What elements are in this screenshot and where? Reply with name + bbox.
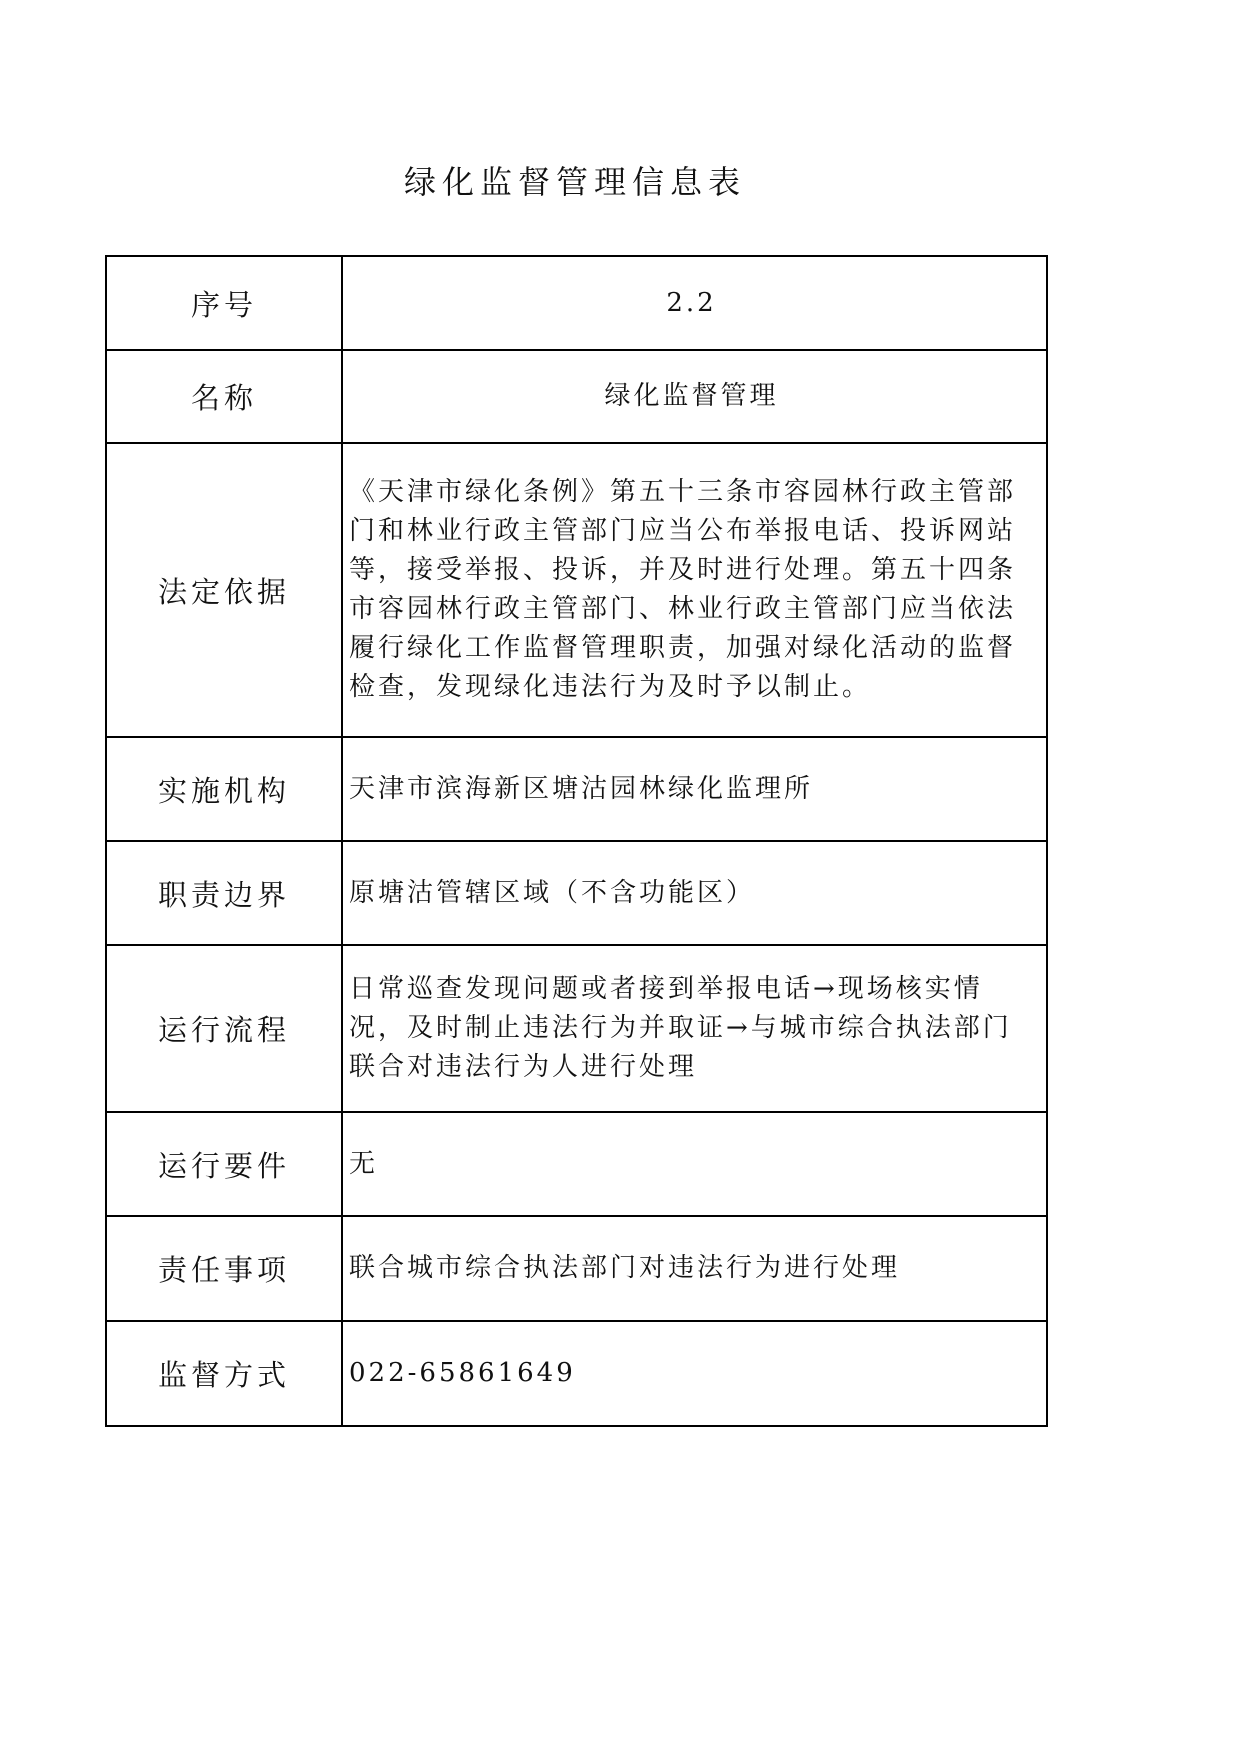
label-name: 名称: [106, 350, 342, 443]
value-supervision-method: 022-65861649: [342, 1321, 1047, 1426]
label-operation-requirements: 运行要件: [106, 1112, 342, 1216]
table-row-supervision-method: 监督方式 022-65861649: [106, 1321, 1047, 1426]
table-row-responsibility-items: 责任事项 联合城市综合执法部门对违法行为进行处理: [106, 1216, 1047, 1321]
document-title: 绿化监督管理信息表: [0, 160, 1150, 204]
value-operation-process: 日常巡查发现问题或者接到举报电话→现场核实情况，及时制止违法行为并取证→与城市综…: [342, 945, 1047, 1112]
table-row-operation-process: 运行流程 日常巡查发现问题或者接到举报电话→现场核实情况，及时制止违法行为并取证…: [106, 945, 1047, 1112]
table-row-name: 名称 绿化监督管理: [106, 350, 1047, 443]
value-operation-requirements: 无: [342, 1112, 1047, 1216]
table-row-implementing-agency: 实施机构 天津市滨海新区塘沽园林绿化监理所: [106, 737, 1047, 841]
label-legal-basis: 法定依据: [106, 443, 342, 737]
value-implementing-agency: 天津市滨海新区塘沽园林绿化监理所: [342, 737, 1047, 841]
value-legal-basis: 《天津市绿化条例》第五十三条市容园林行政主管部门和林业行政主管部门应当公布举报电…: [342, 443, 1047, 737]
label-implementing-agency: 实施机构: [106, 737, 342, 841]
info-table: 序号 2.2 名称 绿化监督管理 法定依据 《天津市绿化条例》第五十三条市容园林…: [105, 255, 1048, 1427]
value-serial-number: 2.2: [342, 256, 1047, 350]
label-serial-number: 序号: [106, 256, 342, 350]
label-responsibility-items: 责任事项: [106, 1216, 342, 1321]
table-row-serial-number: 序号 2.2: [106, 256, 1047, 350]
label-supervision-method: 监督方式: [106, 1321, 342, 1426]
label-responsibility-boundary: 职责边界: [106, 841, 342, 945]
table-row-operation-requirements: 运行要件 无: [106, 1112, 1047, 1216]
value-responsibility-items: 联合城市综合执法部门对违法行为进行处理: [342, 1216, 1047, 1321]
value-name: 绿化监督管理: [342, 350, 1047, 443]
table-row-legal-basis: 法定依据 《天津市绿化条例》第五十三条市容园林行政主管部门和林业行政主管部门应当…: [106, 443, 1047, 737]
value-responsibility-boundary: 原塘沽管辖区域（不含功能区）: [342, 841, 1047, 945]
label-operation-process: 运行流程: [106, 945, 342, 1112]
table-row-responsibility-boundary: 职责边界 原塘沽管辖区域（不含功能区）: [106, 841, 1047, 945]
